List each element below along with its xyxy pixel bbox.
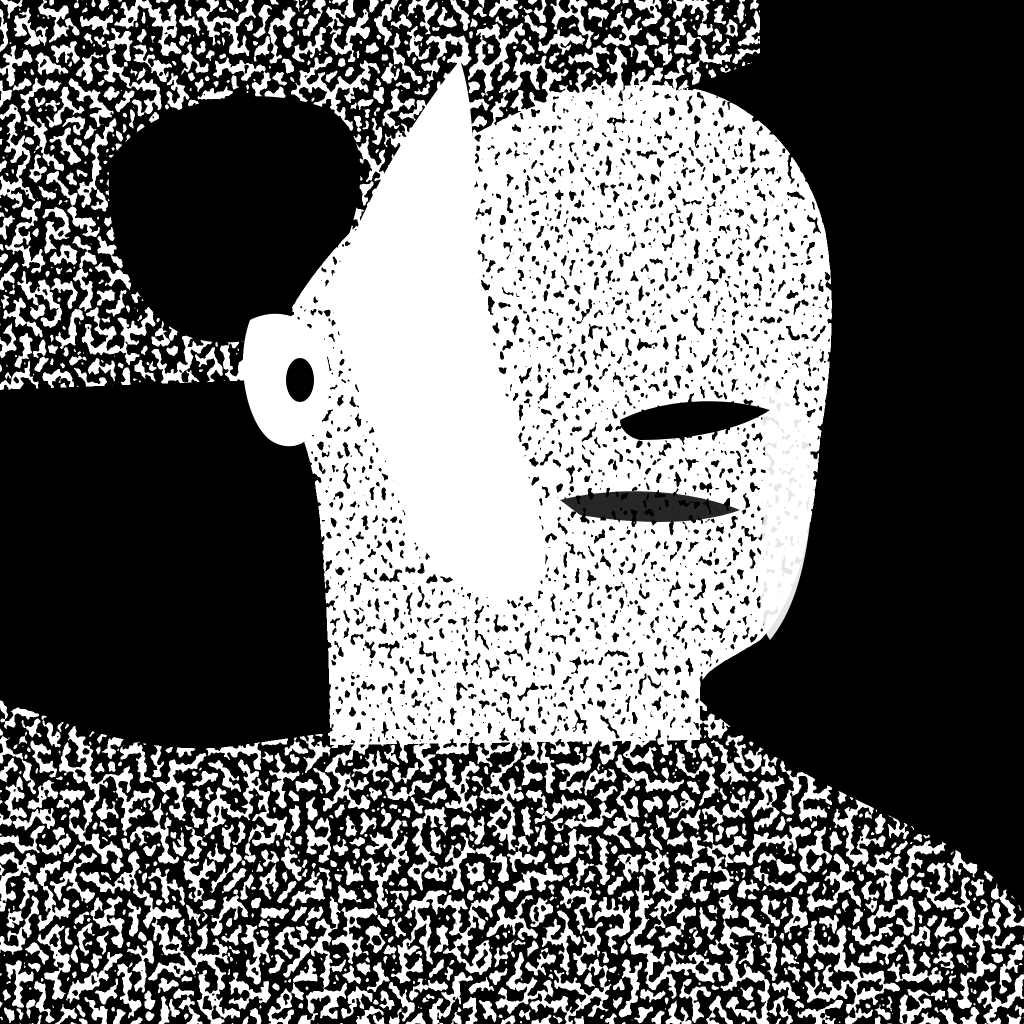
torso-shadow <box>380 760 680 1024</box>
dithered-portrait-image: High-contrast black-and-white dithered p… <box>0 0 1024 1024</box>
ear-shadow <box>286 358 314 402</box>
portrait-illustration <box>0 0 1024 1024</box>
